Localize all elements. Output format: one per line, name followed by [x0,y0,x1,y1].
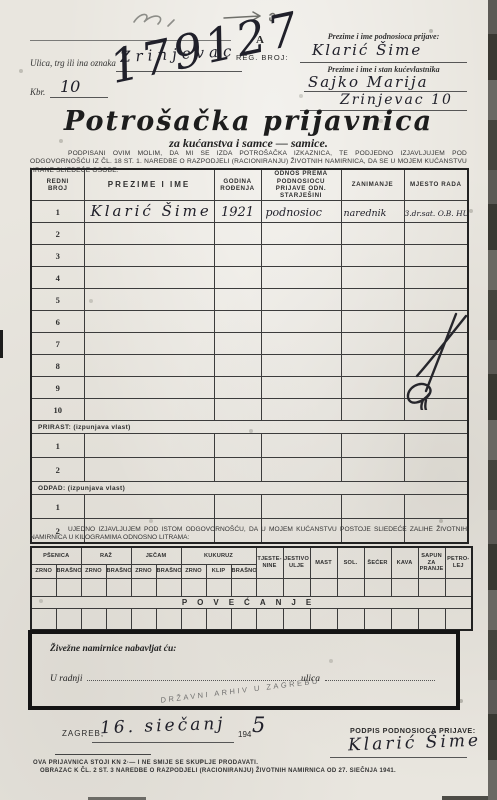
supply-cell [337,609,364,631]
supplies-group-header-row: PŠENICA RAŽ JEČAM KUKURUZ TJESTE-NINE JE… [31,547,472,565]
empty-cell [261,355,341,377]
supply-cell [156,609,181,631]
empty-cell [261,399,341,421]
supply-cell [131,579,156,597]
row-number: 1 [31,434,84,458]
group-kava: KAVA [391,547,418,579]
sub-brasno: BRAŠNO [156,565,181,579]
handwritten-member-name: Klarić Šime [91,202,212,220]
supply-cell [156,579,181,597]
empty-cell [261,311,341,333]
prirast-row-2: 2 [31,458,468,482]
group-sapun: SAPUN ZA PRANJE [418,547,445,579]
member-row-4: 4 [31,267,468,289]
empty-cell [341,245,404,267]
empty-cell [341,458,404,482]
group-jecam: JEČAM [131,547,181,565]
empty-cell [341,495,404,519]
supplies-declaration: UJEDNO IZJAVLJUJEM POD ISTOM ODGOVORNOŠĆ… [30,526,467,543]
empty-cell [214,333,261,355]
footer-regulation-note: OBRAZAC K ČL. 2 ST. 3 NAREDBE O RAZPODJE… [40,768,396,774]
empty-cell [261,495,341,519]
empty-cell [404,458,468,482]
group-kukuruz: KUKURUZ [181,547,256,565]
empty-cell [84,289,214,311]
empty-cell [84,458,214,482]
prirast-section-header: PRIRAST: (izpunjava vlast) [31,421,468,434]
year-cell: 1921 [214,201,261,223]
supply-cell [131,609,156,631]
sub-brasno: BRAŠNO [106,565,131,579]
group-raz: RAŽ [81,547,131,565]
handwritten-year-digit: 5 [252,713,265,737]
table-header-row: REDNI BROJ PREZIME I IME GODINA ROĐENJA … [31,169,468,201]
prirast-row-1: 1 [31,434,468,458]
scan-edge-artifact-left [0,330,3,358]
odpad-row-1: 1 [31,495,468,519]
sub-zrno: ZRNO [31,565,56,579]
supplies-empty-row [31,579,472,597]
row-number: 9 [31,377,84,399]
empty-cell [214,311,261,333]
col-header-zanimanje: ZANIMANJE [341,169,404,201]
sub-brasno: BRAŠNO [231,565,256,579]
empty-cell [84,377,214,399]
occupation-cell: narednik [341,201,404,223]
supplies-table: PŠENICA RAŽ JEČAM KUKURUZ TJESTE-NINE JE… [30,546,473,631]
row-number: 10 [31,399,84,421]
empty-cell [341,434,404,458]
supply-cell [337,579,364,597]
scan-noise-specks [0,0,2,2]
prirast-label: PRIRAST: (izpunjava vlast) [31,421,468,434]
handwritten-landlord-name: Sajko Marija [308,73,429,91]
row-number: 7 [31,333,84,355]
supply-cell [256,609,283,631]
purchase-declaration-box: Živežne namirnice nabavljat ću: U radnji… [28,630,460,710]
empty-cell [261,245,341,267]
shop-label: U radnji [50,674,82,684]
empty-cell [341,355,404,377]
group-mast: MAST [310,547,337,579]
applicant-label: Prezime i ime podnosioca prijave: [300,32,467,41]
group-jestivo-ulje: JESTIVO ULJE [283,547,310,579]
supply-cell [106,609,131,631]
handwritten-date: 16. siečanj [100,714,226,738]
supply-cell [231,579,256,597]
row-number: 2 [31,458,84,482]
empty-cell [341,399,404,421]
supply-cell [283,579,310,597]
empty-cell [84,223,214,245]
member-row-3: 3 [31,245,468,267]
empty-cell [341,377,404,399]
sub-brasno: BRAŠNO [56,565,81,579]
row-number: 4 [31,267,84,289]
supply-cell [445,609,472,631]
empty-cell [84,267,214,289]
place-label: ZAGREB, [62,729,104,738]
supply-cell [181,579,206,597]
supply-cell [81,579,106,597]
house-number-label: Kbr. [30,87,45,97]
supply-cell [56,579,81,597]
empty-cell [261,289,341,311]
supply-cell [181,609,206,631]
odpad-label: ODPAD: (izpunjava vlast) [31,482,468,495]
empty-cell [214,495,261,519]
signature-underline [330,757,467,758]
empty-cell [214,377,261,399]
handwritten-occupation: narednik [344,208,387,219]
empty-cell [214,399,261,421]
empty-cell [404,245,468,267]
sub-zrno: ZRNO [131,565,156,579]
empty-cell [261,434,341,458]
empty-cell [341,311,404,333]
empty-cell [261,333,341,355]
member-row-1: 1 Klarić Šime 1921 podnosioc narednik 3.… [31,201,468,223]
empty-cell [261,458,341,482]
printed-year-prefix: 194 [238,730,251,739]
form-subtitle: za kućanstva i samce — samice. [0,136,497,151]
empty-cell [84,434,214,458]
applicant-underline [300,62,467,63]
empty-cell [261,223,341,245]
row-number: 3 [31,245,84,267]
empty-cell [84,399,214,421]
empty-cell [214,267,261,289]
street-blank-line [325,670,435,681]
member-row-2: 2 [31,223,468,245]
empty-cell [214,223,261,245]
handwritten-house-number: 10 [60,77,80,96]
empty-cell [214,458,261,482]
supply-cell [206,579,231,597]
row-number: 2 [31,223,84,245]
supply-cell [418,579,445,597]
handwritten-signature: Klarić Šime [348,731,482,756]
empty-cell [341,223,404,245]
supply-cell [418,609,445,631]
footer-separator-line [55,754,151,755]
form-title: Potrošačka prijavnica [0,106,497,137]
row-number: 8 [31,355,84,377]
purchase-heading: Živežne namirnice nabavljat ću: [50,644,176,654]
empty-cell [261,267,341,289]
sub-zrno: ZRNO [181,565,206,579]
supply-cell [391,609,418,631]
handwritten-applicant-name: Klarić Šime [312,41,422,59]
handwritten-birth-year: 1921 [221,205,254,220]
house-number-underline [50,97,108,98]
supply-cell [364,579,391,597]
purchase-fill-row: U radnji ulica [50,670,440,684]
supply-cell [31,609,56,631]
row-number: 1 [31,201,84,223]
empty-cell [214,434,261,458]
odpad-section-header: ODPAD: (izpunjava vlast) [31,482,468,495]
empty-cell [84,355,214,377]
supply-cell [310,579,337,597]
handwritten-workplace: 3.dr.sat. O.B. HUP [405,209,469,218]
povecanje-label: POVEĆANJE [31,597,472,609]
empty-cell [404,267,468,289]
empty-cell [341,267,404,289]
supply-cell [391,579,418,597]
empty-cell [214,245,261,267]
handwritten-flourish-mark [396,296,472,410]
group-petrolej: PETRO-LEJ [445,547,472,579]
group-secer: ŠEĆER [364,547,391,579]
scan-edge-artifact-right [488,0,497,800]
handwritten-relation: podnosioc [266,206,322,219]
supply-cell [231,609,256,631]
footer-price-note: OVA PRIJAVNICA STOJI KN 2·— I NE SMIJE S… [33,760,258,766]
empty-cell [84,245,214,267]
povecanje-band: POVEĆANJE [31,597,472,609]
scan-edge-artifact-bottom-right [442,796,488,800]
relation-cell: podnosioc [261,201,341,223]
empty-cell [84,333,214,355]
empty-cell [84,311,214,333]
empty-cell [404,434,468,458]
empty-cell [214,289,261,311]
col-header-redni-broj: REDNI BROJ [31,169,84,201]
scanned-form-page: Ulica, trg ili ina oznaka Zrinjevac Kbr.… [0,0,497,800]
supply-cell [310,609,337,631]
empty-cell [214,355,261,377]
supply-cell [256,579,283,597]
col-header-odnos: ODNOS PREMA PODNOSIOCU PRIJAVE ODN. STAR… [261,169,341,201]
workplace-cell: 3.dr.sat. O.B. HUP [404,201,468,223]
supply-cell [445,579,472,597]
empty-cell [341,289,404,311]
supply-cell [81,609,106,631]
supply-cell [106,579,131,597]
supplies-empty-row-2 [31,609,472,631]
supply-cell [31,579,56,597]
empty-cell [261,377,341,399]
row-number: 1 [31,495,84,519]
shop-blank-line [87,670,296,681]
supply-cell [56,609,81,631]
sub-zrno: ZRNO [81,565,106,579]
group-psenica: PŠENICA [31,547,81,565]
street-label: Ulica, trg ili ina oznaka [30,58,116,68]
sub-klip: KLIP [206,565,231,579]
supply-cell [283,609,310,631]
col-header-mjesto-rada: MJESTO RADA [404,169,468,201]
col-header-godina: GODINA ROĐENJA [214,169,261,201]
group-sol: SOL. [337,547,364,579]
date-underline [92,742,234,743]
supply-cell [364,609,391,631]
row-number: 6 [31,311,84,333]
row-number: 5 [31,289,84,311]
empty-cell [84,495,214,519]
col-header-prezime-ime: PREZIME I IME [84,169,214,201]
name-cell: Klarić Šime [84,201,214,223]
empty-cell [404,223,468,245]
empty-cell [341,333,404,355]
empty-cell [404,495,468,519]
supply-cell [206,609,231,631]
group-tjestenine: TJESTE-NINE [256,547,283,579]
